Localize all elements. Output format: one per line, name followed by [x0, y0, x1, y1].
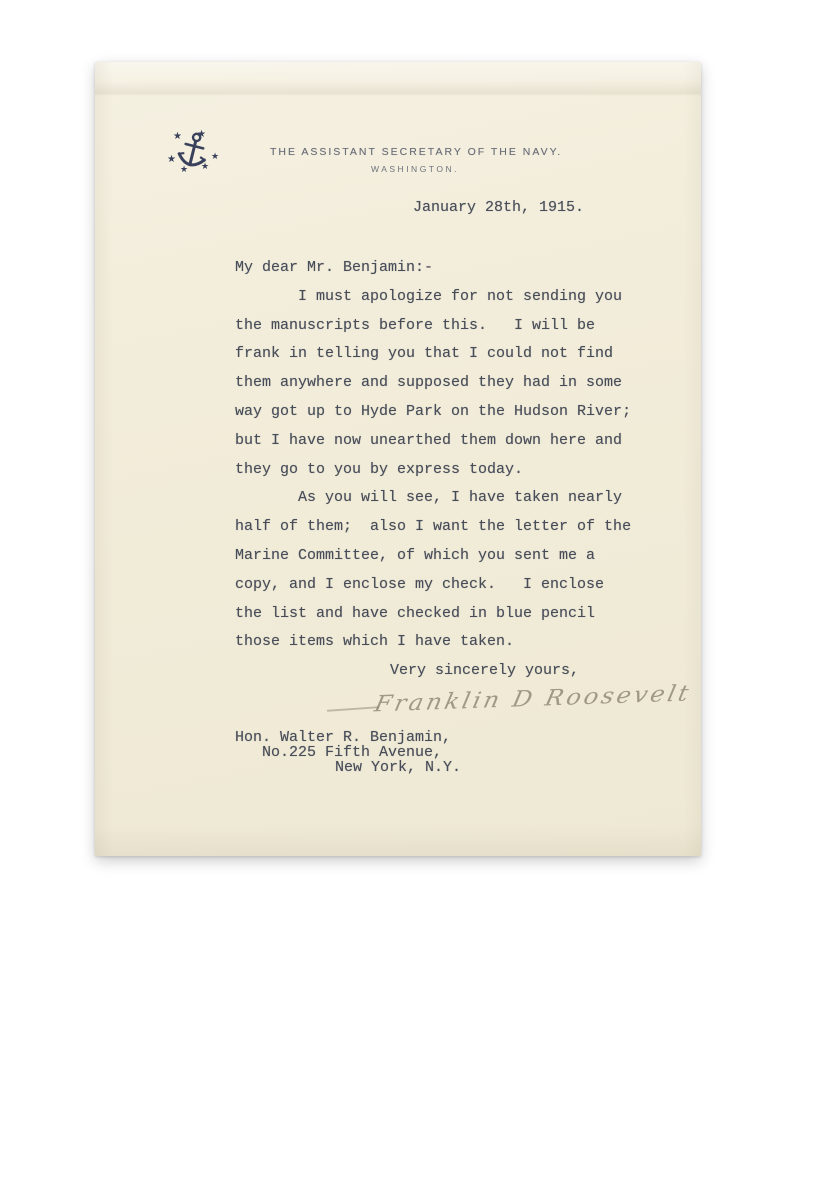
letter-body: My dear Mr. Benjamin:- I must apologize … [235, 254, 663, 686]
star-icon: ★ [211, 151, 219, 161]
navy-anchor-stars-emblem: ★ ★ ★ ★ ★ ★ [163, 128, 227, 186]
body-line: the manuscripts before this. I will be [235, 312, 663, 341]
recipient-line: No.225 Fifth Avenue, [235, 745, 461, 760]
body-line: the list and have checked in blue pencil [235, 600, 663, 629]
signature-block: Franklin D Roosevelt [327, 690, 687, 734]
body-line: copy, and I enclose my check. I enclose [235, 571, 663, 600]
body-line: those items which I have taken. [235, 628, 663, 657]
recipient-address: Hon. Walter R. Benjamin, No.225 Fifth Av… [235, 730, 461, 775]
body-line: way got up to Hyde Park on the Hudson Ri… [235, 398, 663, 427]
body-line: frank in telling you that I could not fi… [235, 340, 663, 369]
salutation: My dear Mr. Benjamin:- [235, 254, 663, 283]
body-line: half of them; also I want the letter of … [235, 513, 663, 542]
body-line: I must apologize for not sending you [235, 283, 663, 312]
letterhead-subtitle: WASHINGTON. [270, 164, 560, 174]
body-line: Marine Committee, of which you sent me a [235, 542, 663, 571]
body-line: but I have now unearthed them down here … [235, 427, 663, 456]
signature-flourish [327, 706, 379, 711]
recipient-line: Hon. Walter R. Benjamin, [235, 730, 461, 745]
letter-sheet: ★ ★ ★ ★ ★ ★ THE ASSISTANT SECRETARY OF T… [95, 62, 701, 856]
letterhead-title: THE ASSISTANT SECRETARY OF THE NAVY. [270, 146, 560, 158]
closing-line: Very sincerely yours, [235, 657, 663, 686]
body-line: they go to you by express today. [235, 456, 663, 485]
body-line: As you will see, I have taken nearly [235, 484, 663, 513]
body-line: them anywhere and supposed they had in s… [235, 369, 663, 398]
letter-date: January 28th, 1915. [413, 199, 584, 216]
recipient-line: New York, N.Y. [235, 760, 461, 775]
